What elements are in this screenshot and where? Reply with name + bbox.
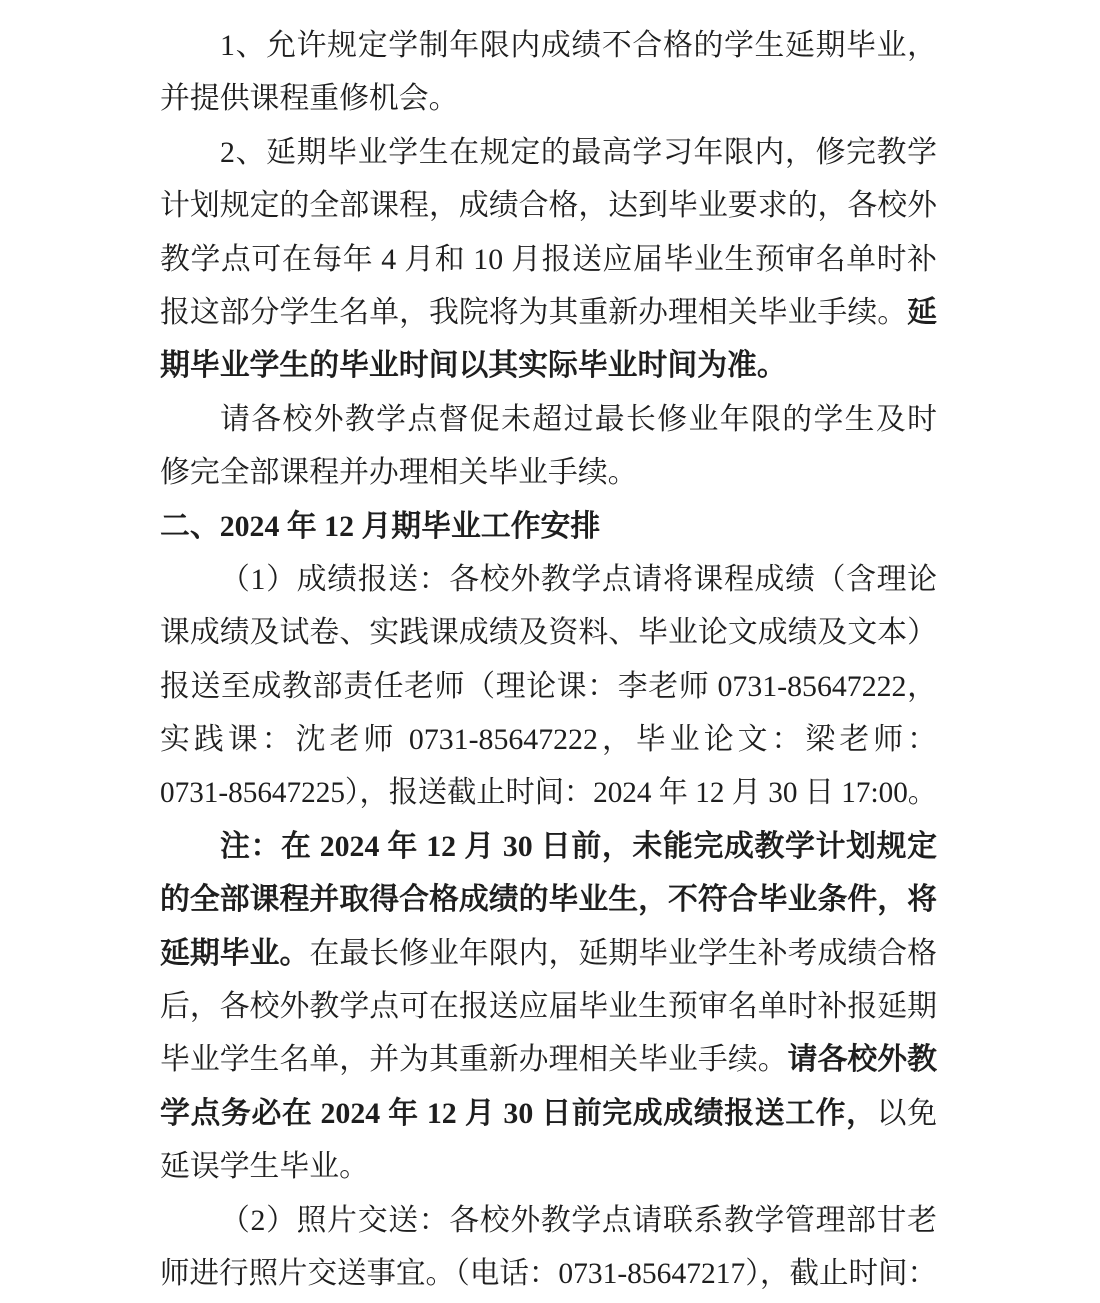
text-line-content: 1、允许规定学制年限内成绩不合格的学生延期毕业， xyxy=(220,29,937,62)
text-segment: 延误学生毕业。 xyxy=(160,1150,369,1183)
bold-text-segment: 注：在 2024 年 12 月 30 日前，未能完成教学计划规定 xyxy=(220,830,937,863)
text-segment: （1）成绩报送：各校外教学点请将课程成绩（含理论 xyxy=(220,563,937,596)
text-line-content: 报这部分学生名单，我院将为其重新办理相关毕业手续。延 xyxy=(160,296,937,329)
section-heading-line: 二、2024 年 12 月期毕业工作安排 xyxy=(160,500,937,553)
document-body: 1、允许规定学制年限内成绩不合格的学生延期毕业，并提供课程重修机会。2、延期毕业… xyxy=(160,19,937,1300)
text-segment: 毕业学生名单，并为其重新办理相关毕业手续。 xyxy=(160,1043,788,1076)
text-line: 延误学生毕业。 xyxy=(160,1140,937,1193)
text-line: 2、延期毕业学生在规定的最高学习年限内，修完教学 xyxy=(160,126,937,179)
text-line-content: 毕业学生名单，并为其重新办理相关毕业手续。请各校外教 xyxy=(160,1043,937,1076)
text-line: 课成绩及试卷、实践课成绩及资料、毕业论文成绩及文本） xyxy=(160,606,937,659)
text-line: 期毕业学生的毕业时间以其实际毕业时间为准。 xyxy=(160,339,937,392)
text-segment: 计划规定的全部课程，成绩合格，达到毕业要求的，各校外 xyxy=(160,189,937,222)
text-segment: 在最长修业年限内，延期毕业学生补考成绩合格 xyxy=(309,937,937,970)
text-segment: 报这部分学生名单，我院将为其重新办理相关毕业手续。 xyxy=(160,296,907,329)
text-line: 修完全部课程并办理相关毕业手续。 xyxy=(160,446,937,499)
text-line-content: 后，各校外教学点可在报送应届毕业生预审名单时补报延期 xyxy=(160,990,937,1023)
text-line-content: 2、延期毕业学生在规定的最高学习年限内，修完教学 xyxy=(220,136,937,169)
bold-text-segment: 二、2024 年 12 月期毕业工作安排 xyxy=(160,510,600,543)
text-line: 后，各校外教学点可在报送应届毕业生预审名单时补报延期 xyxy=(160,980,937,1033)
text-line-content: 课成绩及试卷、实践课成绩及资料、毕业论文成绩及文本） xyxy=(160,616,937,649)
text-line-content: 实践课：沈老师 0731-85647222，毕业论文：梁老师： xyxy=(160,723,937,756)
text-line-content: 延期毕业。在最长修业年限内，延期毕业学生补考成绩合格 xyxy=(160,937,937,970)
text-line: 注：在 2024 年 12 月 30 日前，未能完成教学计划规定 xyxy=(160,820,937,873)
bold-text-segment: 延期毕业。 xyxy=(160,937,309,970)
text-segment: 1、允许规定学制年限内成绩不合格的学生延期毕业， xyxy=(220,29,937,62)
text-line-content: 0731-85647225），报送截止时间：2024 年 12 月 30 日 1… xyxy=(160,766,937,819)
text-line-content: 请各校外教学点督促未超过最长修业年限的学生及时 xyxy=(220,403,937,436)
text-segment: （2）照片交送：各校外教学点请联系教学管理部甘老 xyxy=(220,1204,937,1237)
text-segment: 2、延期毕业学生在规定的最高学习年限内，修完教学 xyxy=(220,136,937,169)
text-segment: 师进行照片交送事宜。（电话：0731-85647217），截止时间： xyxy=(160,1257,937,1290)
text-segment: 以免 xyxy=(877,1097,937,1130)
text-line-content: 修完全部课程并办理相关毕业手续。 xyxy=(160,456,638,489)
text-line: 1、允许规定学制年限内成绩不合格的学生延期毕业， xyxy=(160,19,937,72)
text-line-content: 期毕业学生的毕业时间以其实际毕业时间为准。 xyxy=(160,349,787,382)
text-line: 报送至成教部责任老师（理论课：李老师 0731-85647222， xyxy=(160,660,937,713)
text-line: 的全部课程并取得合格成绩的毕业生，不符合毕业条件，将 xyxy=(160,873,937,926)
bold-text-segment: 的全部课程并取得合格成绩的毕业生，不符合毕业条件，将 xyxy=(160,883,937,916)
text-line: 毕业学生名单，并为其重新办理相关毕业手续。请各校外教 xyxy=(160,1033,937,1086)
text-line: 延期毕业。在最长修业年限内，延期毕业学生补考成绩合格 xyxy=(160,927,937,980)
text-segment: 报送至成教部责任老师（理论课：李老师 0731-85647222， xyxy=(160,670,937,703)
text-line: （2）照片交送：各校外教学点请联系教学管理部甘老 xyxy=(160,1194,937,1247)
document-page: 1、允许规定学制年限内成绩不合格的学生延期毕业，并提供课程重修机会。2、延期毕业… xyxy=(0,0,1100,1303)
text-segment: 修完全部课程并办理相关毕业手续。 xyxy=(160,456,638,489)
text-line: 报这部分学生名单，我院将为其重新办理相关毕业手续。延 xyxy=(160,286,937,339)
text-line-content: 延误学生毕业。 xyxy=(160,1150,369,1183)
text-line-content: （1）成绩报送：各校外教学点请将课程成绩（含理论 xyxy=(220,563,937,596)
text-line-content: 报送至成教部责任老师（理论课：李老师 0731-85647222， xyxy=(160,670,937,703)
text-line-content: （2）照片交送：各校外教学点请联系教学管理部甘老 xyxy=(220,1204,937,1237)
text-line: 学点务必在 2024 年 12 月 30 日前完成成绩报送工作，以免 xyxy=(160,1087,937,1140)
text-line: 实践课：沈老师 0731-85647222，毕业论文：梁老师： xyxy=(160,713,937,766)
text-segment: 并提供课程重修机会。 xyxy=(160,82,458,115)
text-segment: 后，各校外教学点可在报送应届毕业生预审名单时补报延期 xyxy=(160,990,937,1023)
bold-text-segment: 延 xyxy=(907,296,937,329)
bold-text-segment: 学点务必在 2024 年 12 月 30 日前完成成绩报送工作， xyxy=(160,1097,877,1130)
text-line-content: 教学点可在每年 4 月和 10 月报送应届毕业生预审名单时补 xyxy=(160,243,937,276)
text-line-content: 学点务必在 2024 年 12 月 30 日前完成成绩报送工作，以免 xyxy=(160,1097,937,1130)
text-segment: 教学点可在每年 4 月和 10 月报送应届毕业生预审名单时补 xyxy=(160,243,937,276)
text-line: 师进行照片交送事宜。（电话：0731-85647217），截止时间： xyxy=(160,1247,937,1300)
text-line: 教学点可在每年 4 月和 10 月报送应届毕业生预审名单时补 xyxy=(160,233,937,286)
text-line-content: 师进行照片交送事宜。（电话：0731-85647217），截止时间： xyxy=(160,1247,937,1300)
bold-text-segment: 请各校外教 xyxy=(788,1043,937,1076)
text-line-content: 二、2024 年 12 月期毕业工作安排 xyxy=(160,510,600,543)
text-line: 0731-85647225），报送截止时间：2024 年 12 月 30 日 1… xyxy=(160,766,937,819)
text-line-content: 并提供课程重修机会。 xyxy=(160,82,458,115)
text-segment: 课成绩及试卷、实践课成绩及资料、毕业论文成绩及文本） xyxy=(160,616,937,649)
text-line-content: 计划规定的全部课程，成绩合格，达到毕业要求的，各校外 xyxy=(160,189,937,222)
text-line: 计划规定的全部课程，成绩合格，达到毕业要求的，各校外 xyxy=(160,179,937,232)
bold-text-segment: 期毕业学生的毕业时间以其实际毕业时间为准。 xyxy=(160,349,787,382)
text-line: 并提供课程重修机会。 xyxy=(160,72,937,125)
text-line-content: 注：在 2024 年 12 月 30 日前，未能完成教学计划规定 xyxy=(220,830,937,863)
text-line-content: 的全部课程并取得合格成绩的毕业生，不符合毕业条件，将 xyxy=(160,883,937,916)
text-segment: 0731-85647225），报送截止时间：2024 年 12 月 30 日 1… xyxy=(160,776,937,809)
text-segment: 实践课：沈老师 0731-85647222，毕业论文：梁老师： xyxy=(160,723,937,756)
text-line: （1）成绩报送：各校外教学点请将课程成绩（含理论 xyxy=(160,553,937,606)
text-segment: 请各校外教学点督促未超过最长修业年限的学生及时 xyxy=(220,403,937,436)
text-line: 请各校外教学点督促未超过最长修业年限的学生及时 xyxy=(160,393,937,446)
